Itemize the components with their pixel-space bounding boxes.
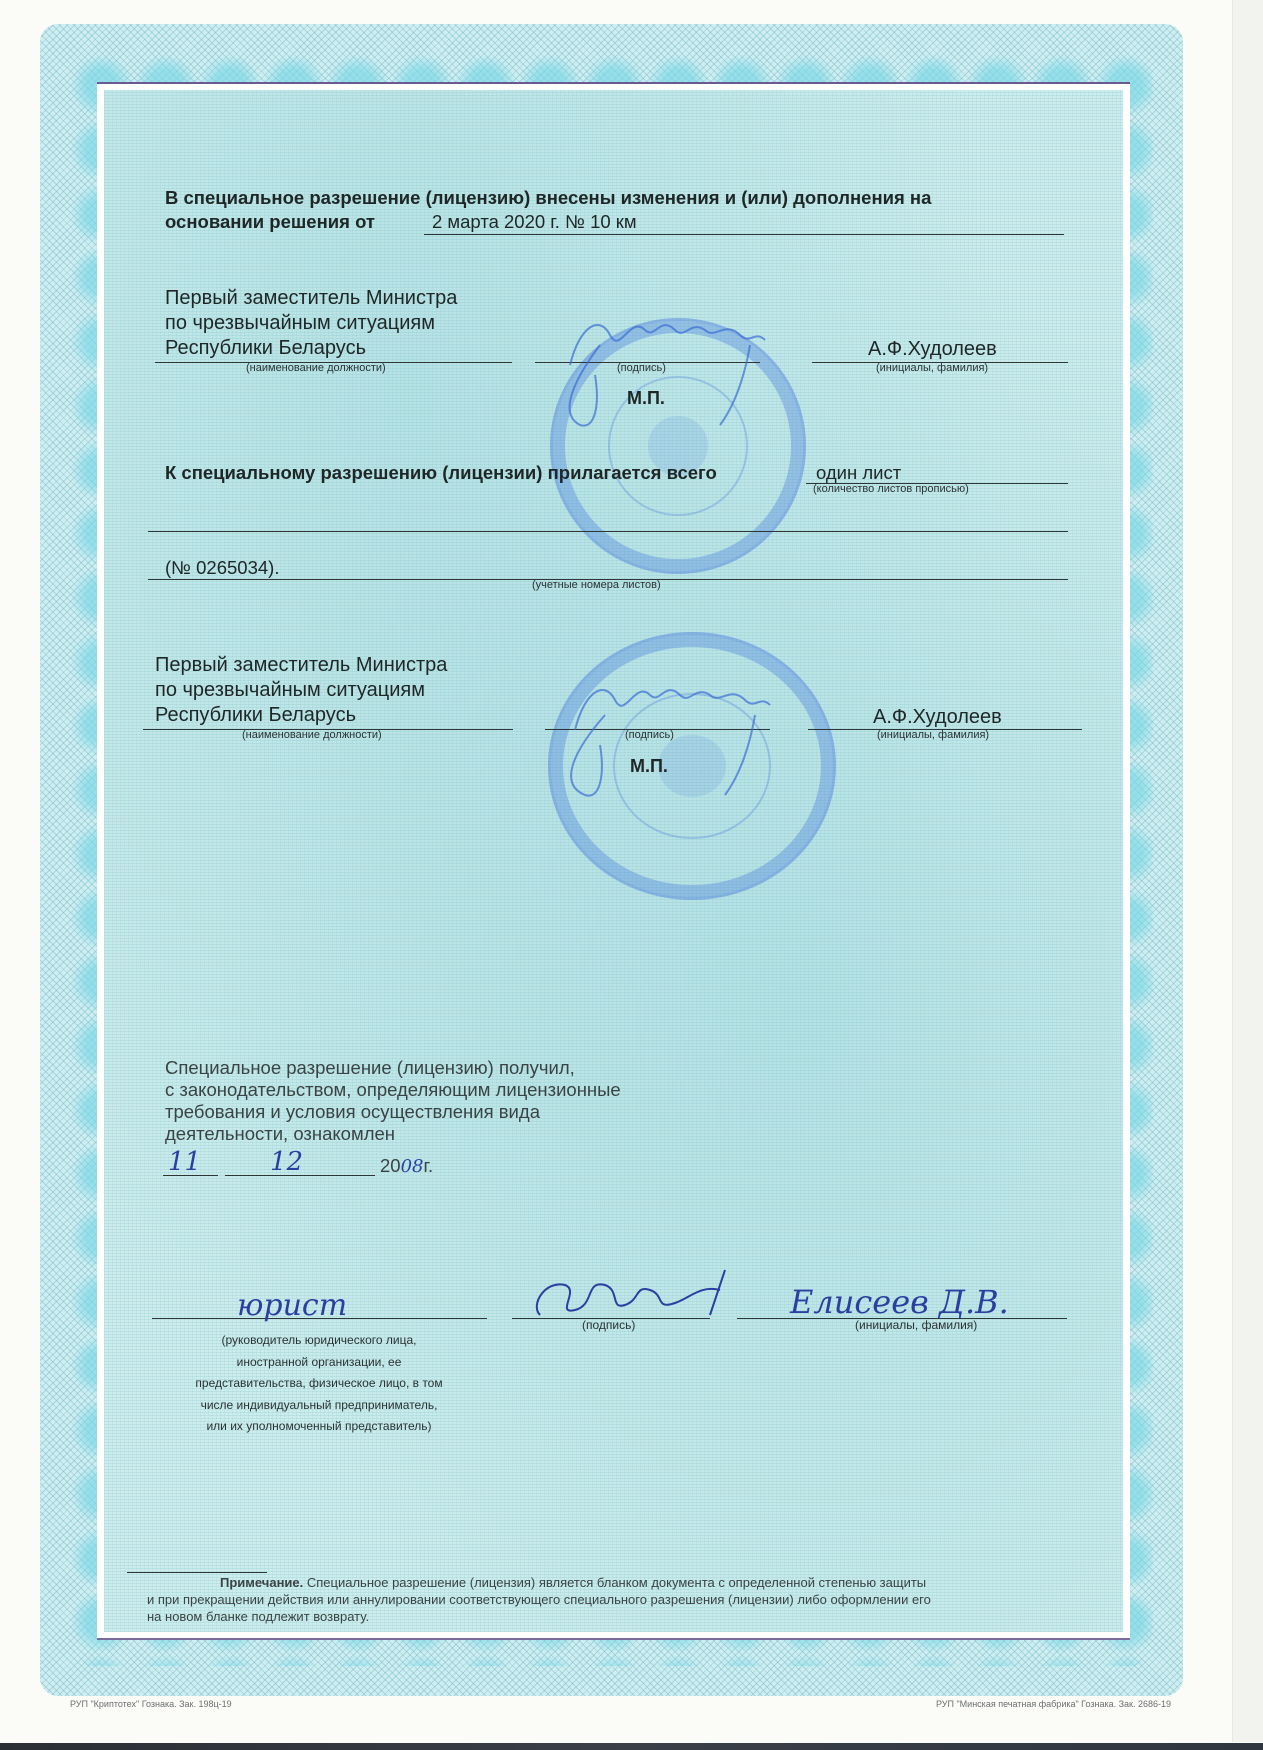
amendment-underline bbox=[424, 234, 1064, 235]
attachment-count-value: один лист bbox=[816, 462, 901, 484]
receipt-line: Специальное разрешение (лицензию) получи… bbox=[165, 1057, 621, 1079]
position-line: Республики Беларусь bbox=[165, 336, 457, 361]
amendment-line-2-label: основании решения от bbox=[165, 211, 375, 233]
attachment-count-caption: (количество листов прописью) bbox=[813, 483, 969, 495]
attachment-label: К специальному разрешению (лицензии) при… bbox=[165, 462, 717, 484]
position-caption-2: (наименование должности) bbox=[242, 729, 382, 741]
receipt-line: с законодательством, определяющим лиценз… bbox=[165, 1079, 621, 1101]
position-line: Республики Беларусь bbox=[155, 703, 447, 728]
receipt-year-handwritten: 08 bbox=[401, 1156, 424, 1177]
caption-line: (руководитель юридического лица, bbox=[156, 1330, 482, 1352]
printer-mark-right: РУП "Минская печатная фабрика" Гознака. … bbox=[936, 1699, 1171, 1709]
note-line-2: и при прекращении действия или аннулиров… bbox=[147, 1592, 931, 1607]
amendment-line-1: В специальное разрешение (лицензию) внес… bbox=[165, 187, 931, 209]
name-caption-1: (инициалы, фамилия) bbox=[876, 362, 988, 374]
position-caption-1: (наименование должности) bbox=[246, 362, 386, 374]
position-title-1: Первый заместитель Министра по чрезвычай… bbox=[165, 286, 457, 361]
name-caption-2: (инициалы, фамилия) bbox=[877, 729, 989, 741]
scanner-strip bbox=[0, 1743, 1263, 1750]
recipient-position-handwritten: юрист bbox=[237, 1288, 347, 1323]
official-signature-2 bbox=[540, 660, 790, 810]
note-separator bbox=[127, 1572, 267, 1573]
caption-line: представительства, физическое лицо, в то… bbox=[156, 1373, 482, 1395]
recipient-position-caption: (руководитель юридического лица, иностра… bbox=[156, 1330, 482, 1438]
position-line: Первый заместитель Министра bbox=[155, 653, 447, 678]
recipient-signature bbox=[525, 1265, 765, 1325]
caption-line: или их уполномоченный представитель) bbox=[156, 1416, 482, 1438]
amendment-decision-value: 2 марта 2020 г. № 10 км bbox=[432, 211, 637, 233]
blank-line bbox=[148, 531, 1068, 532]
position-line: по чрезвычайным ситуациям bbox=[165, 311, 457, 336]
printer-mark-left: РУП "Криптотех" Гознака. Зак. 198ц-19 bbox=[70, 1699, 232, 1709]
position-line: Первый заместитель Министра bbox=[165, 286, 457, 311]
note-line-1: Примечание. Специальное разрешение (лице… bbox=[220, 1575, 926, 1590]
caption-line: иностранной организации, ее bbox=[156, 1352, 482, 1374]
sheet-numbers-caption: (учетные номера листов) bbox=[532, 579, 661, 591]
note-line-3: на новом бланке подлежит возврату. bbox=[147, 1609, 369, 1624]
position-line: по чрезвычайным ситуациям bbox=[155, 678, 447, 703]
official-signature-1 bbox=[540, 295, 780, 435]
note-label: Примечание. bbox=[220, 1575, 303, 1590]
paper-edge bbox=[1232, 0, 1263, 1742]
recipient-name-handwritten: Елисеев Д.В. bbox=[790, 1283, 1009, 1321]
receipt-year-prefix: 20 bbox=[380, 1155, 401, 1176]
receipt-year: 2008г. bbox=[380, 1155, 433, 1177]
official-name-1: А.Ф.Худолеев bbox=[868, 338, 997, 361]
sheet-numbers-value: (№ 0265034). bbox=[165, 557, 279, 579]
official-name-2: А.Ф.Худолеев bbox=[873, 706, 1002, 729]
caption-line: числе индивидуальный предприниматель, bbox=[156, 1395, 482, 1417]
receipt-line: требования и условия осуществления вида bbox=[165, 1101, 621, 1123]
note-text-1: Специальное разрешение (лицензия) являет… bbox=[303, 1575, 926, 1590]
receipt-line: деятельности, ознакомлен bbox=[165, 1123, 621, 1145]
receipt-day: 11 bbox=[168, 1147, 201, 1177]
recipient-name-caption: (инициалы, фамилия) bbox=[855, 1318, 977, 1332]
receipt-year-suffix: г. bbox=[423, 1155, 433, 1176]
receipt-month: 12 bbox=[270, 1147, 303, 1177]
receipt-text: Специальное разрешение (лицензию) получи… bbox=[165, 1057, 621, 1145]
position-title-2: Первый заместитель Министра по чрезвычай… bbox=[155, 653, 447, 728]
